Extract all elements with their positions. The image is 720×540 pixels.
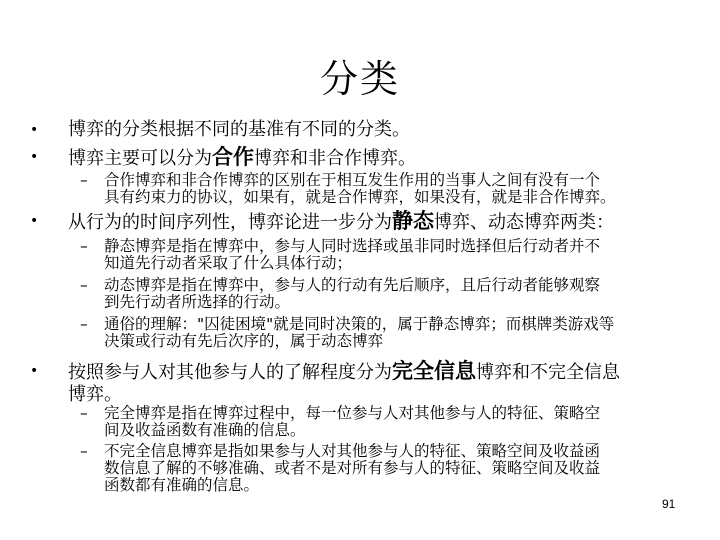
dash-icon: –	[80, 172, 88, 189]
emphasis-text: 合作	[212, 145, 254, 169]
dash-icon: –	[80, 405, 88, 422]
sub-bullet-item: – 合作博弈和非合作博弈的区别在于相互发生作用的当事人之间有没有一个 具有约束力…	[104, 172, 704, 206]
emphasis-text: 静态	[392, 209, 434, 233]
sub-bullet-item: – 不完全信息博弈是指如果参与人对其他参与人的特征、策略空间及收益函 数信息了解…	[104, 443, 704, 494]
page-number: 91	[662, 497, 675, 511]
bullet-icon: •	[30, 210, 38, 232]
dash-icon: –	[80, 238, 88, 255]
bullet-item: • 从行为的时间序列性，博弈论进一步分为静态博弈、动态博弈两类：	[68, 210, 614, 234]
bullet-icon: •	[30, 146, 38, 168]
bullet-item: • 博弈的分类根据不同的基准有不同的分类。	[68, 119, 410, 141]
sub-bullet-item: – 动态博弈是指在博弈中，参与人的行动有先后顺序，且后行动者能够观察 到先行动者…	[104, 277, 704, 311]
sub-bullet-line: 知道先行动者采取了什么具体行动；	[104, 255, 704, 272]
sub-bullet-line: 静态博弈是指在博弈中，参与人同时选择或虽非同时选择但后行动者并不	[104, 238, 704, 255]
bullet-icon: •	[30, 119, 38, 141]
sub-bullet-line: 间及收益函数有准确的信息。	[104, 422, 704, 439]
bullet-icon: •	[30, 360, 38, 382]
sub-bullet-line: 决策或行动有先后次序的，属于动态博弈	[104, 333, 704, 350]
sub-bullet-item: – 通俗的理解："囚徒困境"就是同时决策的，属于静态博弈；而棋牌类游戏等 决策或…	[104, 316, 704, 350]
bullet-text: 按照参与人对其他参与人的了解程度分为	[68, 362, 392, 383]
bullet-item: • 博弈主要可以分为合作博弈和非合作博弈。	[68, 146, 416, 170]
sub-bullet-line: 通俗的理解："囚徒困境"就是同时决策的，属于静态博弈；而棋牌类游戏等	[104, 316, 704, 333]
sub-bullet-line: 函数都有准确的信息。	[104, 477, 704, 494]
sub-bullet-line: 合作博弈和非合作博弈的区别在于相互发生作用的当事人之间有没有一个	[104, 172, 704, 189]
slide-title: 分类	[0, 48, 720, 103]
sub-bullet-line: 到先行动者所选择的行动。	[104, 294, 704, 311]
dash-icon: –	[80, 443, 88, 460]
sub-bullet-line: 完全博弈是指在博弈过程中，每一位参与人对其他参与人的特征、策略空	[104, 405, 704, 422]
dash-icon: –	[80, 316, 88, 333]
sub-bullet-line: 数信息了解的不够准确、或者不是对所有参与人的特征、策略空间及收益	[104, 460, 704, 477]
sub-bullet-item: – 完全博弈是指在博弈过程中，每一位参与人对其他参与人的特征、策略空 间及收益函…	[104, 405, 704, 439]
dash-icon: –	[80, 277, 88, 294]
bullet-text: 博弈的分类根据不同的基准有不同的分类。	[68, 119, 410, 140]
bullet-text: 博弈。	[68, 384, 620, 406]
sub-bullet-line: 不完全信息博弈是指如果参与人对其他参与人的特征、策略空间及收益函	[104, 443, 704, 460]
bullet-text: 博弈和非合作博弈。	[254, 148, 416, 169]
emphasis-text: 完全信息	[392, 359, 476, 383]
sub-bullet-item: – 静态博弈是指在博弈中，参与人同时选择或虽非同时选择但后行动者并不 知道先行动…	[104, 238, 704, 272]
bullet-text: 博弈和不完全信息	[476, 362, 620, 383]
bullet-text: 从行为的时间序列性，博弈论进一步分为	[68, 212, 392, 233]
sub-bullet-line: 动态博弈是指在博弈中，参与人的行动有先后顺序，且后行动者能够观察	[104, 277, 704, 294]
bullet-text: 博弈、动态博弈两类：	[434, 212, 614, 233]
sub-bullet-line: 具有约束力的协议，如果有，就是合作博弈，如果没有，就是非合作博弈。	[104, 189, 704, 206]
bullet-item: • 按照参与人对其他参与人的了解程度分为完全信息博弈和不完全信息 博弈。	[68, 360, 620, 406]
bullet-text: 博弈主要可以分为	[68, 148, 212, 169]
